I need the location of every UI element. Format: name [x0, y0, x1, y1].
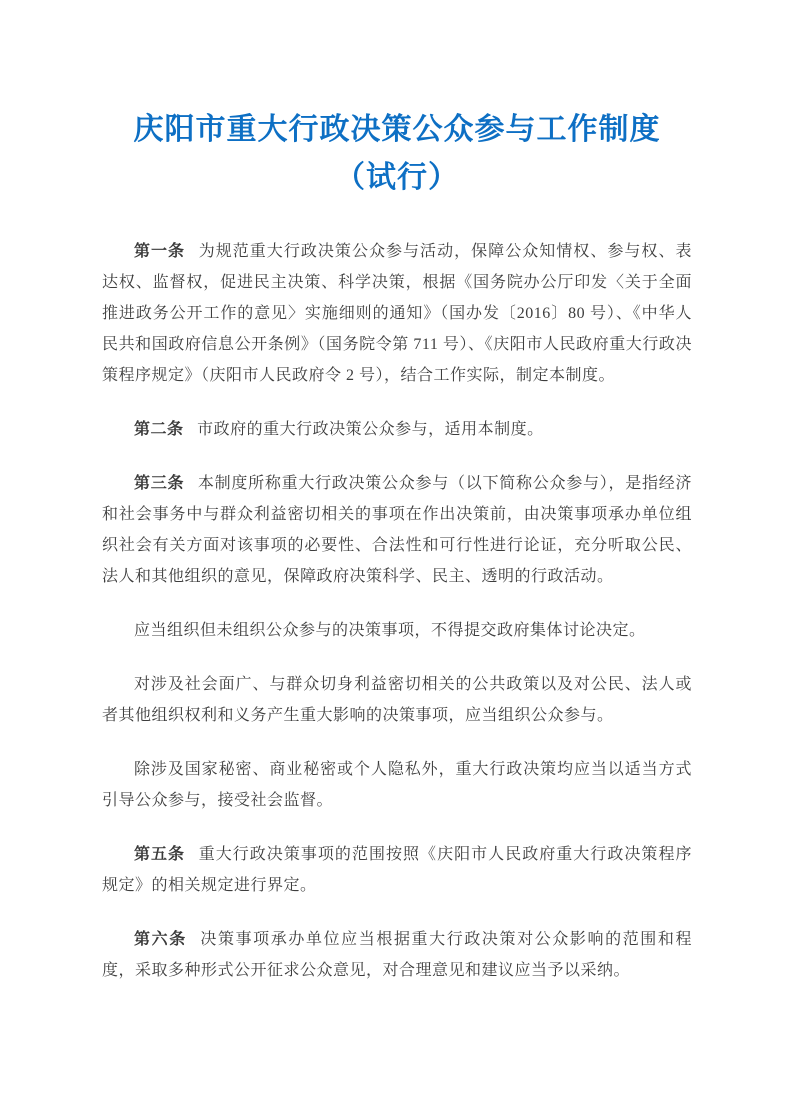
article-paragraph-2: 第二条市政府的重大行政决策公众参与，适用本制度。 — [102, 414, 692, 445]
article-text: 决策事项承办单位应当根据重大行政决策对公众影响的范围和程度，采取多种形式公开征求… — [102, 931, 692, 979]
article-number: 第二条 — [134, 421, 184, 438]
document-title-line2: （试行） — [102, 154, 692, 202]
article-paragraph-4: 应当组织但未组织公众参与的决策事项，不得提交政府集体讨论决定。 — [102, 615, 692, 646]
article-text: 重大行政决策事项的范围按照《庆阳市人民政府重大行政决策程序规定》的相关规定进行界… — [102, 846, 692, 894]
article-number: 第三条 — [134, 475, 184, 492]
article-paragraph-3: 第三条本制度所称重大行政决策公众参与（以下简称公众参与），是指经济和社会事务中与… — [102, 468, 692, 592]
document-title-line1: 庆阳市重大行政决策公众参与工作制度 — [102, 106, 692, 154]
article-text: 除涉及国家秘密、商业秘密或个人隐私外，重大行政决策均应当以适当方式引导公众参与，… — [102, 761, 692, 809]
document-title: 庆阳市重大行政决策公众参与工作制度 （试行） — [102, 106, 692, 202]
article-paragraph-7: 第五条重大行政决策事项的范围按照《庆阳市人民政府重大行政决策程序规定》的相关规定… — [102, 839, 692, 901]
document-page: 庆阳市重大行政决策公众参与工作制度 （试行） 第一条为规范重大行政决策公众参与活… — [0, 0, 794, 1108]
article-paragraph-6: 除涉及国家秘密、商业秘密或个人隐私外，重大行政决策均应当以适当方式引导公众参与，… — [102, 754, 692, 816]
article-number: 第一条 — [134, 243, 185, 260]
article-paragraph-8: 第六条决策事项承办单位应当根据重大行政决策对公众影响的范围和程度，采取多种形式公… — [102, 924, 692, 986]
article-number: 第五条 — [134, 846, 185, 863]
article-paragraph-5: 对涉及社会面广、与群众切身利益密切相关的公共政策以及对公民、法人或者其他组织权利… — [102, 669, 692, 731]
article-number: 第六条 — [134, 931, 187, 948]
article-paragraph-1: 第一条为规范重大行政决策公众参与活动，保障公众知情权、参与权、表达权、监督权，促… — [102, 236, 692, 391]
article-text: 市政府的重大行政决策公众参与，适用本制度。 — [197, 421, 544, 438]
article-text: 为规范重大行政决策公众参与活动，保障公众知情权、参与权、表达权、监督权，促进民主… — [102, 243, 692, 384]
article-text: 对涉及社会面广、与群众切身利益密切相关的公共政策以及对公民、法人或者其他组织权利… — [102, 676, 692, 724]
article-text: 本制度所称重大行政决策公众参与（以下简称公众参与），是指经济和社会事务中与群众利… — [102, 475, 692, 585]
article-text: 应当组织但未组织公众参与的决策事项，不得提交政府集体讨论决定。 — [134, 622, 646, 639]
